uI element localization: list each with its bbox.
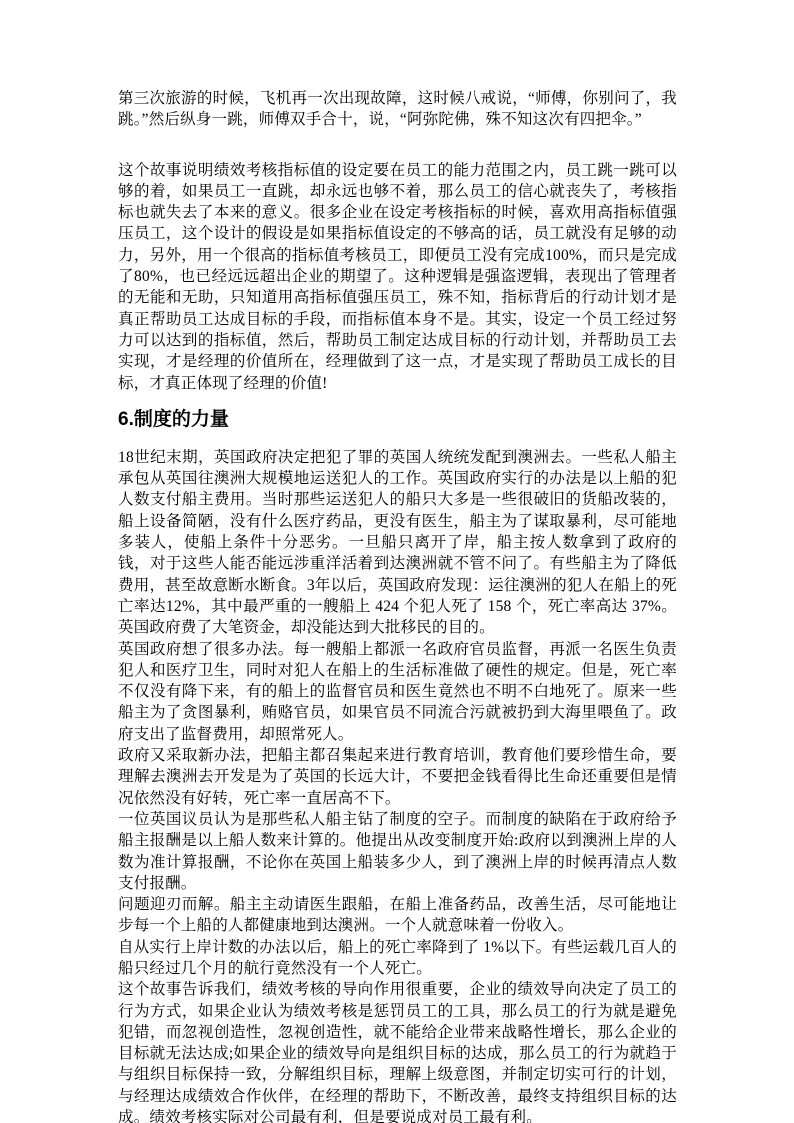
paragraph: 这个故事说明绩效考核指标值的设定要在员工的能力范围之内，员工跳一跳可以够的着，如… bbox=[118, 160, 677, 394]
paragraph: 英国政府想了很多办法。每一艘船上都派一名政府官员监督，再派一名医生负责犯人和医疗… bbox=[118, 639, 677, 745]
paragraph: 政府又采取新办法，把船主都召集起来进行教育培训，教育他们要珍惜生命，要理解去澳洲… bbox=[118, 745, 677, 809]
section-heading: 6.制度的力量 bbox=[118, 407, 677, 433]
paragraph: 这个故事告诉我们，绩效考核的导向作用很重要，企业的绩效导向决定了员工的行为方式，… bbox=[118, 979, 677, 1123]
document-body: 第三次旅游的时候，飞机再一次出现故障，这时候八戒说，“师傅，你别问了，我跳。”然… bbox=[118, 88, 677, 1123]
paragraph: 自从实行上岸计数的办法以后，船上的死亡率降到了 1%以下。有些运载几百人的船只经… bbox=[118, 937, 677, 980]
paragraph: 第三次旅游的时候，飞机再一次出现故障，这时候八戒说，“师傅，你别问了，我跳。”然… bbox=[118, 88, 677, 131]
paragraph: 问题迎刃而解。船主主动请医生跟船，在船上准备药品，改善生活，尽可能地让步每一个上… bbox=[118, 894, 677, 937]
paragraph: 一位英国议员认为是那些私人船主钻了制度的空子。而制度的缺陷在于政府给予船主报酬是… bbox=[118, 809, 677, 894]
document-page: 第三次旅游的时候，飞机再一次出现故障，这时候八戒说，“师傅，你别问了，我跳。”然… bbox=[0, 0, 794, 1123]
paragraph: 18世纪末期，英国政府决定把犯了罪的英国人统统发配到澳洲去。一些私人船主承包从英… bbox=[118, 447, 677, 639]
